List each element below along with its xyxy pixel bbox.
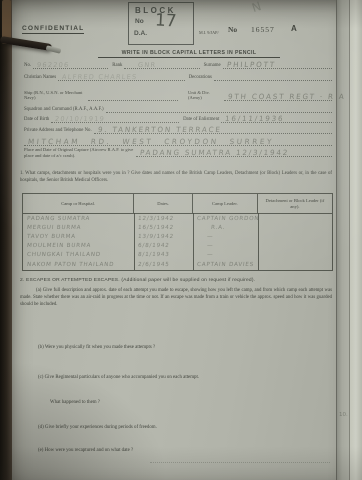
row-address-continued: MITCHAM RD. WEST CROYDON SURREY bbox=[24, 136, 332, 146]
table-row: NAKOM PATON THAILAND 2/6/1945 CAPTAIN DA… bbox=[23, 258, 332, 267]
leader-cell: R.A. bbox=[193, 225, 259, 231]
stamp-da-label: D.A. bbox=[134, 30, 147, 37]
stamp-block-number: 17 bbox=[154, 10, 177, 31]
ship-field bbox=[88, 83, 178, 101]
decorations-label: Decorations bbox=[189, 75, 214, 81]
edge-page-note: 10. bbox=[339, 412, 348, 418]
question-a: (a) Give full description and approx. da… bbox=[20, 288, 332, 309]
question-d: (d) Give briefly your experiences during… bbox=[38, 425, 157, 430]
capture-value: PADANG SUMATRA 12/3/1942 bbox=[140, 148, 290, 157]
no-value: 962206 bbox=[37, 61, 70, 69]
table-row: PADANG SUMATRA 12/3/1942 CAPTAIN GORDON bbox=[23, 213, 332, 222]
section1-question: 1. What camps, detachments or hospitals … bbox=[20, 171, 332, 185]
dates-cell: 16/5/1942 bbox=[134, 225, 193, 231]
dates-cell: 8/1/1943 bbox=[134, 252, 193, 258]
book-fore-edge bbox=[349, 0, 362, 480]
rank-label: Rank bbox=[112, 63, 124, 69]
capture-field: PADANG SUMATRA 12/3/1942 bbox=[136, 147, 332, 157]
section2-title: 2. ESCAPES OR ATTEMPTED ESCAPES. (Additi… bbox=[20, 278, 255, 283]
row-dob-enlistment: Date of Birth 20/10/1919 Date of Enlistm… bbox=[24, 113, 332, 123]
surname-field: PHILPOTT bbox=[223, 58, 332, 69]
christian-names-value: ALFRED CHARLES bbox=[62, 73, 138, 81]
enlistment-value: 16/11/1936 bbox=[225, 114, 285, 123]
address-value-line1: 9. TANKERTON TERRACE bbox=[97, 125, 222, 134]
christian-names-field: ALFRED CHARLES bbox=[58, 70, 185, 81]
ship-label: Ship (R.N., U.S.N. or Merchant Navy) bbox=[24, 90, 88, 101]
leader-cell: — bbox=[193, 243, 259, 249]
stamp-no-label: No bbox=[135, 18, 144, 25]
unit-label: Unit & Div. (Army) bbox=[188, 90, 224, 101]
no-label: No. bbox=[24, 63, 33, 69]
dob-value: 20/10/1919 bbox=[55, 115, 106, 123]
capture-label: Place and Date of Original Capture (Airc… bbox=[24, 147, 136, 158]
surname-value: PHILPOTT bbox=[226, 60, 276, 69]
file-ref-no-label: No bbox=[228, 25, 237, 34]
address-field: 9. TANKERTON TERRACE bbox=[94, 123, 332, 134]
file-ref-prefix: M.I. 9/JAP/ bbox=[199, 30, 219, 35]
leader-cell: CAPTAIN DAVIES bbox=[193, 262, 259, 268]
question-c-followup: What happened to them ? bbox=[50, 400, 100, 405]
leader-cell: — bbox=[193, 252, 259, 258]
christian-names-label: Christian Names bbox=[24, 75, 58, 81]
file-ref-suffix: A bbox=[291, 24, 297, 33]
leader-cell: — bbox=[193, 234, 259, 240]
dates-cell: 6/8/1942 bbox=[134, 243, 193, 249]
table-row: CHUNGKAI THAILAND 8/1/1943 — bbox=[23, 249, 332, 258]
question-c: (c) Give Regimental particulars of anyon… bbox=[38, 375, 199, 380]
col-camp-leader: Camp Leader. bbox=[193, 194, 258, 213]
camps-table-header: Camp or Hospital. Dates. Camp Leader. De… bbox=[23, 194, 332, 214]
row-capture: Place and Date of Original Capture (Airc… bbox=[24, 147, 332, 169]
col-dates: Dates. bbox=[134, 194, 193, 213]
question-b: (b) Were you physically fit when you mad… bbox=[38, 345, 155, 350]
faint-pencil-rule bbox=[150, 462, 330, 463]
camp-cell: PADANG SUMATRA bbox=[23, 216, 135, 222]
camp-cell: CHUNGKAI THAILAND bbox=[23, 252, 135, 258]
camp-cell: NAKOM PATON THAILAND bbox=[23, 262, 135, 268]
row-ship-unit: Ship (R.N., U.S.N. or Merchant Navy) Uni… bbox=[24, 84, 332, 101]
camps-table: Camp or Hospital. Dates. Camp Leader. De… bbox=[22, 193, 333, 271]
address-field-line2: MITCHAM RD. WEST CROYDON SURREY bbox=[24, 135, 332, 146]
dates-cell: 2/6/1945 bbox=[134, 262, 193, 268]
photographed-pow-questionnaire: CONFIDENTIAL BLOCK No D.A. 17 M.I. 9/JAP… bbox=[0, 0, 362, 480]
decorations-field bbox=[214, 70, 332, 81]
question-e: (e) How were you recaptured and on what … bbox=[38, 448, 133, 453]
camps-table-body: PADANG SUMATRA 12/3/1942 CAPTAIN GORDON … bbox=[23, 213, 332, 270]
col-detachment-leader: Detachment or Block Leader (if any). bbox=[258, 194, 332, 213]
camp-cell: TAVOY BURMA bbox=[23, 234, 135, 240]
dob-label: Date of Birth bbox=[24, 117, 51, 123]
block-number-stamp: BLOCK No D.A. 17 bbox=[128, 2, 194, 45]
enlistment-field: 16/11/1936 bbox=[221, 112, 332, 123]
rank-field: GNR bbox=[124, 58, 199, 69]
dates-cell: 12/3/1942 bbox=[134, 216, 193, 222]
row-number-rank-surname: No. 962206 Rank GNR Surname PHILPOTT bbox=[24, 59, 332, 69]
dates-cell: 13/9/1942 bbox=[134, 234, 193, 240]
form-instruction-heading: WRITE IN BLOCK CAPITAL LETTERS IN PENCIL bbox=[98, 50, 280, 58]
confidential-label: CONFIDENTIAL bbox=[22, 25, 84, 34]
table-row: MERGUI BURMA 16/5/1942 R.A. bbox=[23, 222, 332, 231]
leader-cell: CAPTAIN GORDON bbox=[193, 216, 259, 222]
unit-value: 9TH COAST REGT · R A bbox=[228, 92, 347, 101]
camp-cell: MOULMEIN BURMA bbox=[23, 243, 135, 249]
unit-field: 9TH COAST REGT · R A bbox=[224, 83, 332, 101]
no-field: 962206 bbox=[33, 58, 108, 69]
row-address: Private Address and Telephone No. 9. TAN… bbox=[24, 124, 332, 134]
surname-label: Surname bbox=[204, 63, 223, 69]
dob-field: 20/10/1919 bbox=[51, 112, 179, 123]
col-camp-or-hospital: Camp or Hospital. bbox=[23, 194, 134, 213]
page-stack-edge bbox=[336, 0, 350, 480]
row-christian-decorations: Christian Names ALFRED CHARLES Decoratio… bbox=[24, 71, 332, 81]
camp-cell: MERGUI BURMA bbox=[23, 225, 135, 231]
address-label: Private Address and Telephone No. bbox=[24, 128, 94, 134]
binding-edge bbox=[0, 0, 12, 480]
rank-value: GNR bbox=[138, 61, 157, 69]
table-row: TAVOY BURMA 13/9/1942 — bbox=[23, 231, 332, 240]
address-value-line2: MITCHAM RD. WEST CROYDON SURREY bbox=[28, 137, 275, 146]
file-ref-number: 16557 bbox=[251, 25, 275, 34]
table-row: MOULMEIN BURMA 6/8/1942 — bbox=[23, 240, 332, 249]
